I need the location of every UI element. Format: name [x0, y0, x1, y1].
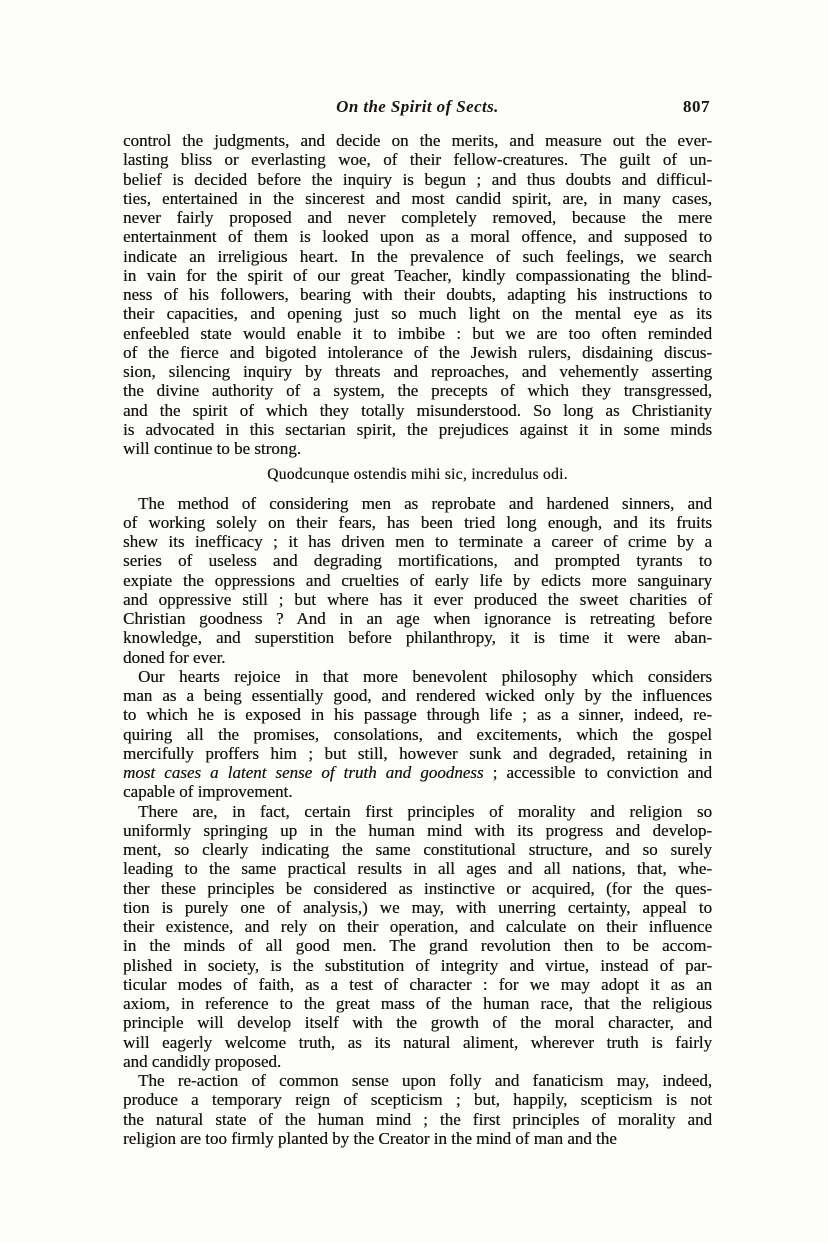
text-line: Our hearts rejoice in that more benevole…: [123, 667, 712, 686]
text-line: is advocated in this sectarian spirit, t…: [123, 420, 712, 439]
paragraph: control the judgments, and decide on the…: [123, 131, 712, 458]
running-header: On the Spirit of Sects. 807: [123, 97, 712, 119]
text-line: belief is decided before the inquiry is …: [123, 170, 712, 189]
text-line: capable of improvement.: [123, 782, 712, 801]
text-line: of working solely on their fears, has be…: [123, 513, 712, 532]
text-line: most cases a latent sense of truth and g…: [123, 763, 712, 782]
text-line: mercifully proffers him ; but still, how…: [123, 744, 712, 763]
text-line: ment, so clearly indicating the same con…: [123, 840, 712, 859]
text-line: sion, silencing inquiry by threats and r…: [123, 362, 712, 381]
text-line: indicate an irreligious heart. In the pr…: [123, 247, 712, 266]
text-line: religion are too firmly planted by the C…: [123, 1129, 712, 1148]
text-line: the natural state of the human mind ; th…: [123, 1110, 712, 1129]
text-line: entertainment of them is looked upon as …: [123, 227, 712, 246]
paragraph: The method of considering men as reproba…: [123, 494, 712, 667]
text-line: in vain for the spirit of our great Teac…: [123, 266, 712, 285]
text-line: will eagerly welcome truth, as its natur…: [123, 1033, 712, 1052]
text-line: of the fierce and bigoted intolerance of…: [123, 343, 712, 362]
scanned-book-page: On the Spirit of Sects. 807 control the …: [0, 0, 828, 1243]
text-line: their existence, and rely on their opera…: [123, 917, 712, 936]
text-line: and candidly proposed.: [123, 1052, 712, 1071]
text-line: ther these principles be considered as i…: [123, 879, 712, 898]
text-line: The method of considering men as reproba…: [123, 494, 712, 513]
text-line: in the minds of all good men. The grand …: [123, 936, 712, 955]
text-line: control the judgments, and decide on the…: [123, 131, 712, 150]
text-line: There are, in fact, certain first princi…: [123, 802, 712, 821]
text-line: and oppressive still ; but where has it …: [123, 590, 712, 609]
text-line: the divine authority of a system, the pr…: [123, 381, 712, 400]
text-line: ticular modes of faith, as a test of cha…: [123, 975, 712, 994]
text-line: axiom, in reference to the great mass of…: [123, 994, 712, 1013]
text-line: and the spirit of which they totally mis…: [123, 401, 712, 420]
text-line: man as a being essentially good, and ren…: [123, 686, 712, 705]
paragraph: The re-action of common sense upon folly…: [123, 1071, 712, 1148]
text-line: enfeebled state would enable it to imbib…: [123, 324, 712, 343]
text-line: leading to the same practical results in…: [123, 859, 712, 878]
paragraph: There are, in fact, certain first princi…: [123, 802, 712, 1072]
paragraph: Our hearts rejoice in that more benevole…: [123, 667, 712, 802]
page-number: 807: [683, 97, 710, 117]
text-line: Christian goodness ? And in an age when …: [123, 609, 712, 628]
text-line: will continue to be strong.: [123, 439, 712, 458]
text-line: series of useless and degrading mortific…: [123, 551, 712, 570]
running-header-title: On the Spirit of Sects.: [123, 97, 712, 117]
text-line: The re-action of common sense upon folly…: [123, 1071, 712, 1090]
text-line: shew its inefficacy ; it has driven men …: [123, 532, 712, 551]
latin-quotation: Quodcunque ostendis mihi sic, incredulus…: [123, 465, 712, 484]
body-text: control the judgments, and decide on the…: [123, 131, 712, 1148]
text-line: quiring all the promises, consolations, …: [123, 725, 712, 744]
text-line: tion is purely one of analysis,) we may,…: [123, 898, 712, 917]
text-line: to which he is exposed in his passage th…: [123, 705, 712, 724]
text-line: plished in society, is the substitution …: [123, 956, 712, 975]
text-line: lasting bliss or everlasting woe, of the…: [123, 150, 712, 169]
text-line: ness of his followers, bearing with thei…: [123, 285, 712, 304]
text-line: expiate the oppressions and cruelties of…: [123, 571, 712, 590]
text-line: principle will develop itself with the g…: [123, 1013, 712, 1032]
italic-text-segment: most cases a latent sense of truth and g…: [123, 763, 484, 782]
text-line: doned for ever.: [123, 648, 712, 667]
text-line: uniformly springing up in the human mind…: [123, 821, 712, 840]
text-line: their capacities, and opening just so mu…: [123, 304, 712, 323]
text-line: Quodcunque ostendis mihi sic, incredulus…: [123, 465, 712, 484]
text-line: knowledge, and superstition before phila…: [123, 628, 712, 647]
text-line: never fairly proposed and never complete…: [123, 208, 712, 227]
text-line: produce a temporary reign of scepticism …: [123, 1090, 712, 1109]
text-segment: ; accessible to conviction and: [484, 763, 712, 782]
text-line: ties, entertained in the sincerest and m…: [123, 189, 712, 208]
